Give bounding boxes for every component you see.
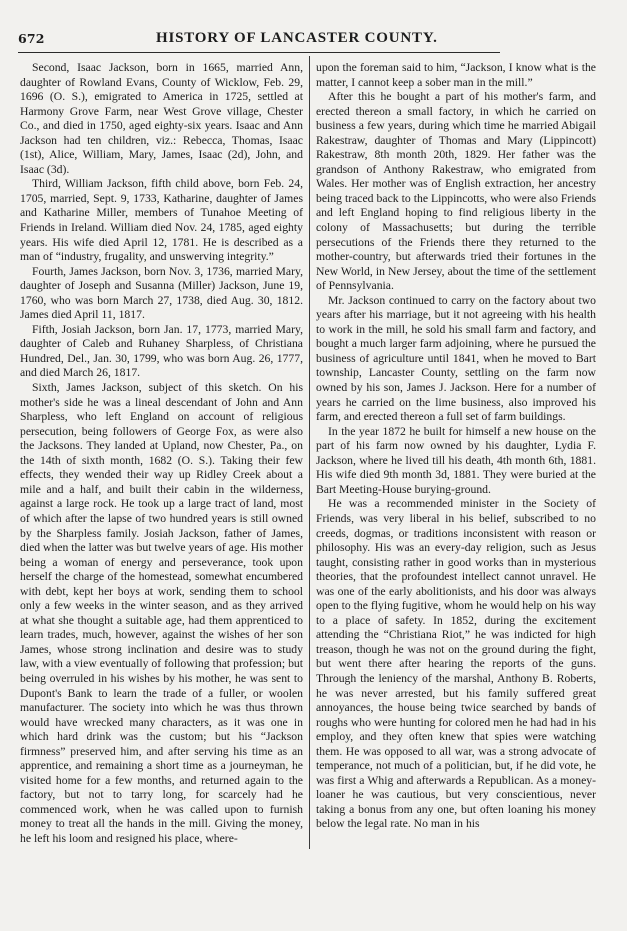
paragraph-fifth-josiah: Fifth, Josiah Jackson, born Jan. 17, 177…: [20, 323, 303, 381]
paragraph-sixth-james: Sixth, James Jackson, subject of this sk…: [20, 381, 303, 847]
left-column: Second, Isaac Jackson, born in 1665, mar…: [20, 61, 303, 847]
page-header: 672 HISTORY OF LANCASTER COUNTY.: [18, 29, 500, 49]
paragraph-second-isaac: Second, Isaac Jackson, born in 1665, mar…: [20, 61, 303, 177]
paragraph-continuation: upon the foreman said to him, “Jackson, …: [316, 61, 596, 90]
paragraph-farm-marriage: After this he bought a part of his mothe…: [316, 90, 596, 294]
right-column: upon the foreman said to him, “Jackson, …: [316, 61, 596, 832]
book-page: 672 HISTORY OF LANCASTER COUNTY. Second,…: [0, 0, 627, 931]
paragraph-minister: He was a recommended minister in the Soc…: [316, 497, 596, 832]
paragraph-third-william: Third, William Jackson, fifth child abov…: [20, 177, 303, 264]
column-divider: [309, 56, 310, 849]
paragraph-fourth-james: Fourth, James Jackson, born Nov. 3, 1736…: [20, 265, 303, 323]
running-title: HISTORY OF LANCASTER COUNTY.: [156, 30, 438, 47]
paragraph-new-house: In the year 1872 he built for himself a …: [316, 425, 596, 498]
page-number: 672: [18, 31, 45, 46]
header-rule: [18, 52, 500, 53]
paragraph-bart-township: Mr. Jackson continued to carry on the fa…: [316, 294, 596, 425]
